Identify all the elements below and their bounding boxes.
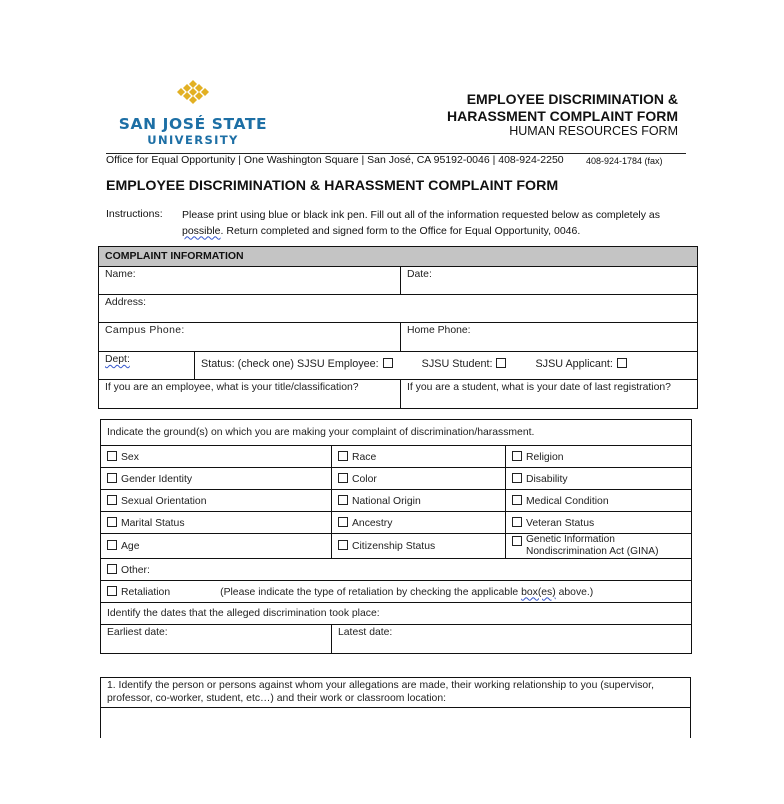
ground-checkbox[interactable] [338,451,348,461]
instructions-text-part2: . Return completed and signed form to th… [221,225,581,237]
student-registration-field[interactable]: If you are a student, what is your date … [401,380,698,409]
question-table: 1. Identify the person or persons agains… [100,677,691,738]
date-field[interactable]: Date: [401,267,698,295]
address-field[interactable]: Address: [99,295,698,323]
ground-checkbox[interactable] [512,517,522,527]
ground-other: Other: [101,559,692,581]
campus-phone-field[interactable]: Campus Phone: [99,323,401,352]
lattice-diamond-icon [176,80,210,104]
ground-label: National Origin [352,496,421,507]
employee-title-field[interactable]: If you are an employee, what is your tit… [99,380,401,409]
question-1-answer-field[interactable] [101,708,691,739]
ground-option: Age [101,534,332,559]
dates-prompt: Identify the dates that the alleged disc… [101,603,692,625]
ground-label: Sex [121,452,139,463]
grounds-row: SexRaceReligion [101,446,692,468]
university-name-sub: UNIVERSITY [110,133,276,147]
retaliation-checkbox[interactable] [107,586,117,596]
ground-option: Religion [506,446,692,468]
ground-label: Sexual Orientation [121,496,206,507]
header-title-line1: EMPLOYEE DISCRIMINATION & [467,91,678,107]
grounds-row: Gender IdentityColorDisability [101,468,692,490]
question-1-text: 1. Identify the person or persons agains… [101,678,691,708]
ground-option: National Origin [332,490,506,512]
ground-checkbox[interactable] [107,517,117,527]
status-employee-checkbox[interactable] [383,358,393,368]
dept-field[interactable]: Dept: [99,352,195,380]
ground-checkbox[interactable] [107,473,117,483]
date-label: Date: [407,267,691,280]
ground-label: Marital Status [121,518,185,529]
form-title: EMPLOYEE DISCRIMINATION & HARASSMENT COM… [106,178,558,194]
status-employee-label: SJSU Employee: [297,358,379,370]
office-address: Office for Equal Opportunity | One Washi… [106,154,564,166]
ground-label: Medical Condition [526,496,609,507]
ground-option: Gender Identity [101,468,332,490]
employee-title-question: If you are an employee, what is your tit… [105,380,394,393]
student-registration-question: If you are a student, what is your date … [407,380,691,393]
ground-option: Race [332,446,506,468]
ground-option: Genetic InformationNondiscrimination Act… [506,534,692,559]
status-student-checkbox[interactable] [496,358,506,368]
ground-option: Citizenship Status [332,534,506,559]
office-fax: 408-924-1784 (fax) [586,156,663,166]
status-applicant-checkbox[interactable] [617,358,627,368]
ground-label: Disability [526,474,568,485]
ground-label: Citizenship Status [352,541,435,552]
status-applicant-label: SJSU Applicant: [535,358,612,370]
ground-label: Veteran Status [526,518,594,529]
instructions-text-part1: Please print using blue or black ink pen… [182,209,660,221]
ground-option: Marital Status [101,512,332,534]
address-label: Address: [105,295,691,308]
latest-date-label: Latest date: [338,627,392,638]
ground-label: Color [352,474,377,485]
retaliation-label: Retaliation [121,587,170,598]
section-header: COMPLAINT INFORMATION [99,247,698,267]
earliest-date-label: Earliest date: [107,627,168,638]
ground-option: Disability [506,468,692,490]
grounds-prompt: Indicate the ground(s) on which you are … [101,420,692,446]
ground-checkbox[interactable] [107,495,117,505]
complaint-information-table: COMPLAINT INFORMATION Name: Date: Addres… [98,246,698,409]
name-field[interactable]: Name: [99,267,401,295]
other-label: Other: [121,565,150,576]
home-phone-field[interactable]: Home Phone: [401,323,698,352]
name-label: Name: [105,267,394,280]
ground-checkbox[interactable] [107,540,117,550]
instructions-label: Instructions: [106,208,163,220]
ground-option: Sexual Orientation [101,490,332,512]
grounds-table: Indicate the ground(s) on which you are … [100,419,692,654]
ground-checkbox[interactable] [512,536,522,546]
ground-label-line2: Nondiscrimination Act (GINA) [526,546,658,558]
home-phone-label: Home Phone: [407,323,691,336]
retaliation-note-part1: (Please indicate the type of retaliation… [220,587,521,598]
status-student-label: SJSU Student: [422,358,493,370]
ground-label: Ancestry [352,518,392,529]
ground-option: Sex [101,446,332,468]
ground-option: Color [332,468,506,490]
earliest-date-field[interactable]: Earliest date: [101,625,332,654]
header-title-line2: HARASSMENT COMPLAINT FORM [447,108,678,124]
ground-option: Veteran Status [506,512,692,534]
ground-checkbox[interactable] [512,473,522,483]
ground-checkbox[interactable] [512,495,522,505]
header-subtitle: HUMAN RESOURCES FORM [509,124,678,138]
ground-checkbox[interactable] [338,517,348,527]
latest-date-field[interactable]: Latest date: [332,625,692,654]
ground-label: Genetic Information [526,534,658,546]
ground-option: Medical Condition [506,490,692,512]
ground-checkbox[interactable] [512,451,522,461]
ground-checkbox[interactable] [338,540,348,550]
spellcheck-word: box(es) [521,587,556,598]
status-field: Status: (check one) SJSU Employee: SJSU … [195,352,698,380]
dept-label: Dept: [105,352,188,365]
ground-retaliation: Retaliation(Please indicate the type of … [101,581,692,603]
ground-label: Religion [526,452,564,463]
grounds-row: Sexual OrientationNational OriginMedical… [101,490,692,512]
grounds-row: Marital StatusAncestryVeteran Status [101,512,692,534]
spellcheck-word: possible [182,225,221,237]
status-label: Status: (check one) [201,358,294,370]
ground-checkbox[interactable] [338,473,348,483]
ground-option: Ancestry [332,512,506,534]
campus-phone-label: Campus Phone: [105,323,394,336]
grounds-row: AgeCitizenship StatusGenetic Information… [101,534,692,559]
ground-label: Age [121,541,140,552]
ground-checkbox[interactable] [107,451,117,461]
instructions-text: Please print using blue or black ink pen… [182,208,682,239]
ground-checkbox[interactable] [338,495,348,505]
retaliation-note-part2: above.) [556,587,594,598]
retaliation-note: (Please indicate the type of retaliation… [220,587,593,598]
ground-label: Race [352,452,376,463]
other-checkbox[interactable] [107,564,117,574]
ground-label: Gender Identity [121,474,192,485]
university-name: SAN JOSÉ STATE [110,115,276,133]
